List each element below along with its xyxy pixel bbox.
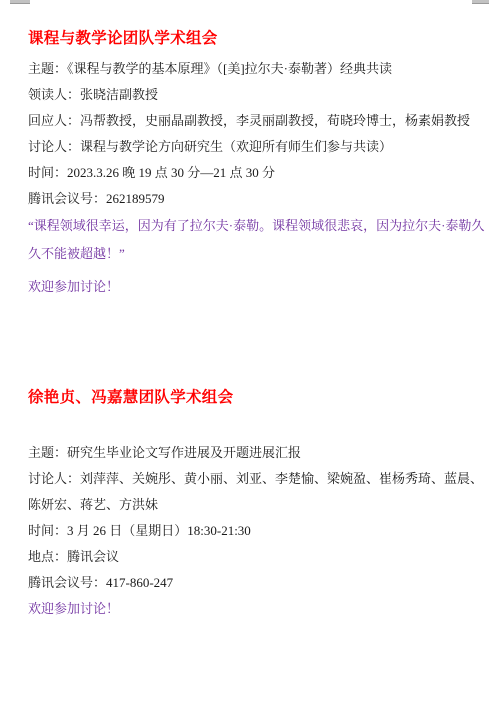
discussants-line: 讨论人：课程与教学论方向研究生（欢迎所有师生们参与共读）: [28, 134, 489, 160]
page-content: 课程与教学论团队学术组会 主题：《课程与教学的基本原理》（[美]拉尔夫·泰勒著）…: [0, 0, 489, 622]
meeting-id-line: 腾讯会议号：262189579: [28, 186, 489, 212]
top-right-ui-fragment: [472, 0, 489, 4]
lead-reader-line: 领读人：张晓洁副教授: [28, 82, 489, 108]
section-curriculum-meeting: 课程与教学论团队学术组会 主题：《课程与教学的基本原理》（[美]拉尔夫·泰勒著）…: [28, 29, 489, 300]
time-line: 时间：2023.3.26 晚 19 点 30 分—21 点 30 分: [28, 160, 489, 186]
time-line: 时间：3 月 26 日（星期日）18:30-21:30: [28, 518, 489, 544]
location-line: 地点：腾讯会议: [28, 544, 489, 570]
discussants-line-1: 讨论人：刘萍萍、关婉彤、黄小丽、刘亚、李楚愉、梁婉盈、崔杨秀琦、蓝晨、: [28, 466, 489, 492]
document-page: 课程与教学论团队学术组会 主题：《课程与教学的基本原理》（[美]拉尔夫·泰勒著）…: [0, 0, 489, 714]
quote-line-2: 久不能被超越！”: [28, 240, 489, 268]
section-title: 课程与教学论团队学术组会: [28, 29, 489, 48]
welcome-note: 欢迎参加讨论！: [28, 274, 489, 300]
topic-line: 主题：研究生毕业论文写作进展及开题进展汇报: [28, 440, 489, 466]
quote-line-1: “课程领域很幸运，因为有了拉尔夫·泰勒。课程领域很悲哀，因为拉尔夫·泰勒久: [28, 212, 489, 240]
responders-line: 回应人：冯帮教授，史丽晶副教授，李灵丽副教授，荀晓玲博士，杨素娟教授: [28, 108, 489, 134]
section-title: 徐艳贞、冯嘉慧团队学术组会: [28, 388, 489, 407]
welcome-note: 欢迎参加讨论！: [28, 596, 489, 622]
top-left-ui-fragment: [10, 0, 30, 4]
meeting-id-line: 腾讯会议号：417-860-247: [28, 570, 489, 596]
topic-line: 主题：《课程与教学的基本原理》（[美]拉尔夫·泰勒著）经典共读: [28, 56, 489, 82]
discussants-line-2: 陈妍宏、蒋艺、方洪妹: [28, 492, 489, 518]
section-thesis-meeting: 徐艳贞、冯嘉慧团队学术组会 主题：研究生毕业论文写作进展及开题进展汇报 讨论人：…: [28, 388, 489, 622]
